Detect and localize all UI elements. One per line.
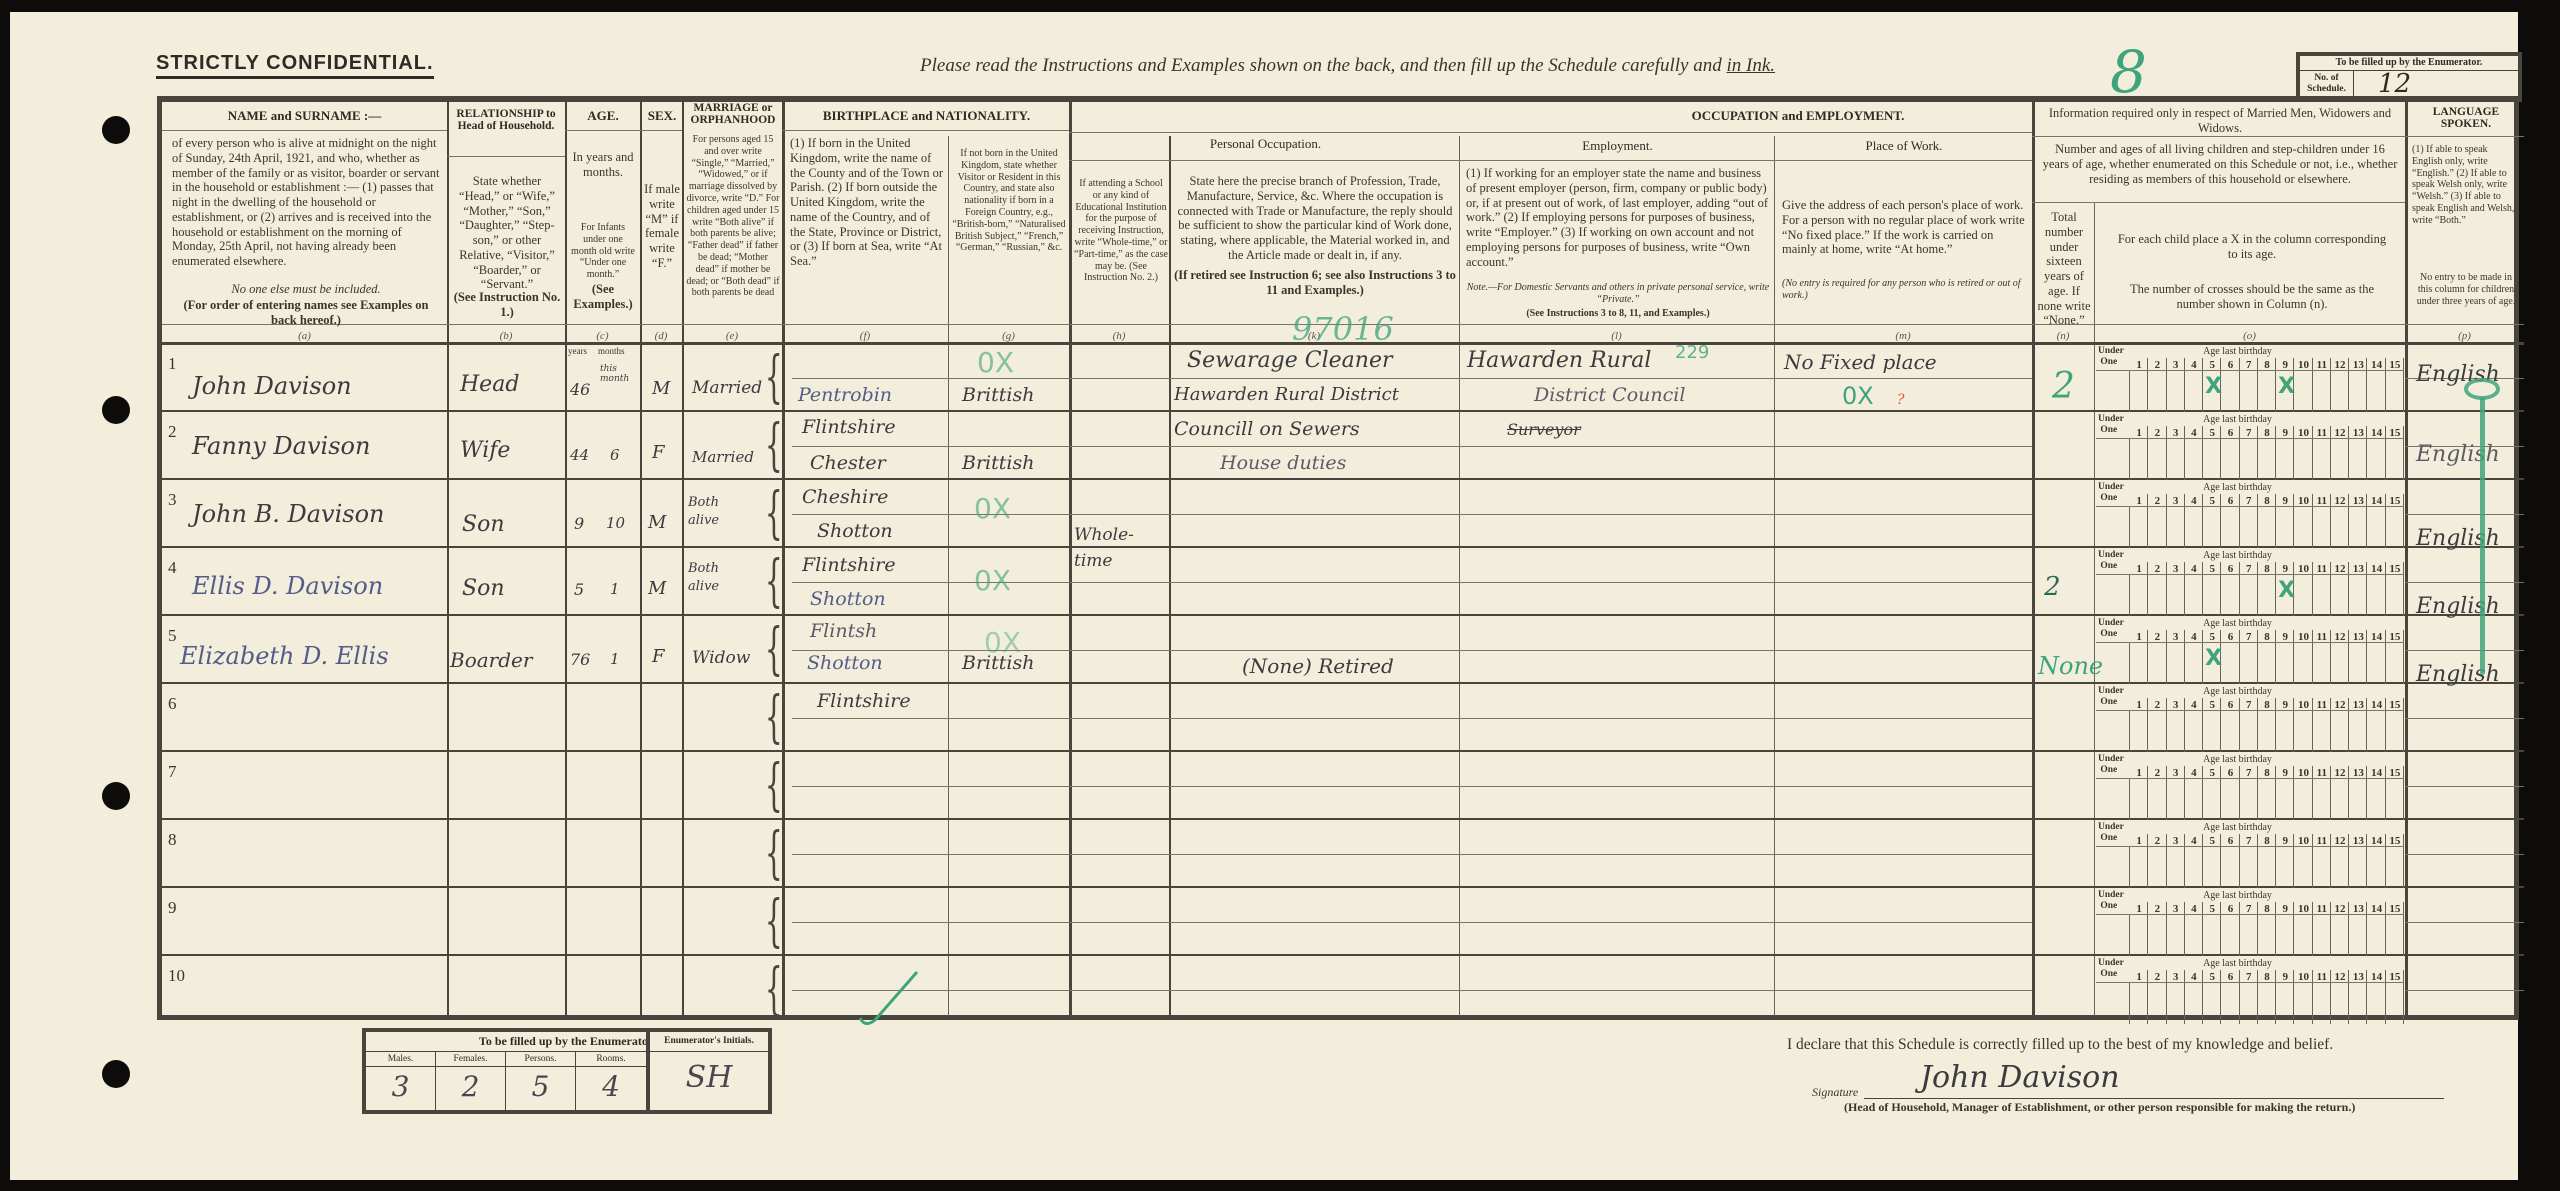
age-cell[interactable]: 1 (2130, 358, 2148, 412)
col-letter: (o) (2094, 330, 2405, 342)
age-cell[interactable]: 2 (2148, 630, 2166, 684)
age-cell[interactable]: 15 (2386, 902, 2404, 956)
age-cell[interactable]: 4 (2185, 902, 2203, 956)
age-cell[interactable]: 11 (2313, 970, 2331, 1024)
birthplace-line1[interactable]: Flintshire (802, 554, 896, 576)
age-cell[interactable]: 12 (2331, 834, 2349, 888)
age-cell[interactable]: 8 (2258, 834, 2276, 888)
col-letter: (h) (1069, 330, 1169, 342)
child-cross-mark: X (2205, 374, 2222, 399)
page-title: STRICTLY CONFIDENTIAL. (156, 52, 434, 79)
age-cell[interactable]: 12 (2331, 698, 2349, 752)
person-name[interactable]: Ellis D. Davison (192, 572, 383, 600)
signature-label: Signature (1812, 1085, 1858, 1100)
age-cell[interactable]: 3 (2167, 494, 2185, 548)
relationship[interactable]: Boarder (450, 648, 532, 672)
age-cell[interactable]: 14 (2367, 698, 2385, 752)
age-months-label: months (598, 346, 625, 357)
age-cell[interactable]: 4 (2185, 970, 2203, 1024)
row-number: 10 (168, 966, 185, 986)
red-mark: ? (1897, 392, 1905, 408)
age-cell[interactable]: 13 (2349, 562, 2367, 616)
age-months[interactable]: 6 (610, 446, 620, 464)
birthplace-line2[interactable]: Chester (810, 452, 886, 474)
age-cell[interactable]: 9X (2276, 562, 2294, 616)
age-cell[interactable]: 2 (2148, 358, 2166, 412)
col-g-body: If not born in the United Kingdom, state… (952, 148, 1066, 254)
household-schedule-table: NAME and SURNAME :— of every person who … (157, 96, 2519, 1020)
age-years[interactable]: 44 (570, 446, 589, 464)
age-cell[interactable]: 6 (2221, 426, 2239, 480)
col-p-title: LANGUAGE SPOKEN. (2408, 106, 2524, 130)
age-cell[interactable]: 11 (2313, 426, 2331, 480)
col-k-footer: (If retired see Instruction 6; see also … (1174, 268, 1456, 298)
employment-struck[interactable]: Surveyor (1507, 420, 1581, 439)
child-age-grid: Under OneAge last birthday12345678910111… (2096, 754, 2404, 820)
age-cell[interactable]: 8 (2258, 494, 2276, 548)
age-cell[interactable]: 7 (2240, 834, 2258, 888)
persons-label: Persons. (506, 1052, 575, 1067)
child-age-grid: Under OneAge last birthday12345678910111… (2096, 890, 2404, 956)
age-cell[interactable]: 13 (2349, 834, 2367, 888)
occupation-line2[interactable]: Hawarden Rural District (1174, 384, 1399, 405)
person-name[interactable]: John Davison (192, 372, 352, 400)
age-cell[interactable]: 3 (2167, 562, 2185, 616)
age-cell[interactable]: 2 (2148, 562, 2166, 616)
education[interactable]: Whole-time (1074, 522, 1154, 574)
age-cell[interactable]: 4 (2185, 630, 2203, 684)
age-cell[interactable]: 9 (2276, 630, 2294, 684)
age-cell[interactable]: 3 (2167, 834, 2185, 888)
age-cell[interactable]: 9 (2276, 902, 2294, 956)
birthplace-line2[interactable]: Shotton (817, 520, 893, 542)
age-cell[interactable]: 12 (2331, 766, 2349, 820)
child-age-grid: Under OneAge last birthday12345678910111… (2096, 686, 2404, 752)
marriage-status[interactable]: Both alive (688, 560, 748, 596)
age-cell[interactable]: 13 (2349, 766, 2367, 820)
employment-code: 229 (1675, 342, 1709, 363)
age-years[interactable]: 46 (570, 380, 590, 399)
instructions-emphasis: in Ink. (1726, 55, 1775, 76)
age-caption: Age last birthday (2203, 550, 2272, 561)
birthplace-line2[interactable]: Pentrobin (798, 384, 892, 406)
under-one-label: Under One (2096, 346, 2130, 368)
signature-value[interactable]: John Davison (1920, 1060, 2120, 1095)
age-caption: Age last birthday (2203, 754, 2272, 765)
under-one-label: Under One (2096, 754, 2130, 776)
age-cell[interactable]: 1 (2130, 970, 2148, 1024)
age-cell[interactable]: 8 (2258, 766, 2276, 820)
age-cell[interactable]: 4 (2185, 358, 2203, 412)
age-cell[interactable]: 14 (2367, 426, 2385, 480)
age-years[interactable]: 9 (574, 514, 584, 533)
age-cell[interactable]: 7 (2240, 766, 2258, 820)
age-months[interactable]: 1 (610, 580, 620, 598)
schedule-number-box: To be filled up by the Enumerator. No. o… (2296, 52, 2522, 102)
col-d-body: If male write “M” if female write “F.” (644, 182, 680, 271)
row-number: 3 (168, 490, 177, 510)
age-years[interactable]: 76 (570, 650, 590, 669)
age-caption: Age last birthday (2203, 482, 2272, 493)
language[interactable]: English (2416, 526, 2500, 551)
age-cell[interactable]: 2 (2148, 494, 2166, 548)
age-cell[interactable]: 14 (2367, 970, 2385, 1024)
age-cell[interactable]: 3 (2167, 766, 2185, 820)
age-cell[interactable]: 12 (2331, 902, 2349, 956)
age-cell[interactable]: 1 (2130, 494, 2148, 548)
nationality[interactable]: Brittish (962, 452, 1034, 474)
age-cell[interactable]: 12 (2331, 358, 2349, 412)
col-k-body: State here the precise branch of Profess… (1174, 174, 1456, 263)
marriage-status[interactable]: Widow (692, 648, 750, 668)
person-name[interactable]: John B. Davison (192, 500, 385, 528)
initials-value[interactable]: SH (650, 1052, 768, 1104)
relationship[interactable]: Wife (460, 438, 510, 463)
col-c-footer: (See Examples.) (570, 282, 636, 312)
age-cell[interactable]: 6 (2221, 630, 2239, 684)
age-cell[interactable]: 6 (2221, 970, 2239, 1024)
age-cell[interactable]: 15 (2386, 358, 2404, 412)
age-cell[interactable]: 8 (2258, 426, 2276, 480)
col-c-body: In years and months. (570, 150, 636, 180)
females-cell: Females. 2 (436, 1052, 506, 1110)
children-total[interactable]: None (2038, 652, 2103, 680)
age-cell[interactable]: 15 (2386, 970, 2404, 1024)
age-cell[interactable]: 4 (2185, 698, 2203, 752)
age-cell[interactable]: 10 (2294, 766, 2312, 820)
age-cell[interactable]: 11 (2313, 902, 2331, 956)
col-b-title: RELATIONSHIP to Head of Household. (449, 108, 563, 132)
rooms-label: Rooms. (576, 1052, 646, 1067)
age-cell[interactable]: 9 (2276, 698, 2294, 752)
age-cell[interactable]: 5X (2203, 358, 2221, 412)
age-cell[interactable]: 12 (2331, 562, 2349, 616)
age-cell[interactable]: 10 (2294, 902, 2312, 956)
birthplace-line1[interactable]: Cheshire (802, 486, 888, 508)
age-cell[interactable]: 4 (2185, 834, 2203, 888)
person-name[interactable]: Elizabeth D. Ellis (180, 642, 389, 670)
age-cell[interactable]: 9 (2276, 766, 2294, 820)
col-e-title: MARRIAGE or ORPHANHOOD (684, 102, 782, 126)
age-cell[interactable]: 3 (2167, 970, 2185, 1024)
page-instructions: Please read the Instructions and Example… (920, 55, 1775, 77)
rooms-cell: Rooms. 4 (576, 1052, 646, 1110)
row-number: 4 (168, 558, 177, 578)
age-cell[interactable]: 7 (2240, 630, 2258, 684)
age-cell[interactable]: 15 (2386, 426, 2404, 480)
age-cell[interactable]: 2 (2148, 902, 2166, 956)
children-total[interactable]: 2 (2052, 366, 2075, 407)
age-caption: Age last birthday (2203, 890, 2272, 901)
age-cell[interactable]: 14 (2367, 562, 2385, 616)
females-value[interactable]: 2 (436, 1067, 505, 1107)
age-cell[interactable]: 15 (2386, 698, 2404, 752)
under-one-label: Under One (2096, 822, 2130, 844)
age-cell[interactable]: 7 (2240, 902, 2258, 956)
age-cell[interactable]: 5 (2203, 902, 2221, 956)
age-cell[interactable]: 1 (2130, 834, 2148, 888)
age-cell[interactable]: 3 (2167, 630, 2185, 684)
age-cell[interactable]: 4 (2185, 766, 2203, 820)
col-letter: (m) (1774, 330, 2032, 342)
age-cell[interactable]: 14 (2367, 358, 2385, 412)
col-h-body: If attending a School or any kind of Edu… (1074, 178, 1168, 284)
age-cell[interactable]: 2 (2148, 834, 2166, 888)
under-one-label: Under One (2096, 958, 2130, 980)
age-cell[interactable]: 12 (2331, 970, 2349, 1024)
age-cell[interactable]: 15 (2386, 766, 2404, 820)
col-n-body: Total number under sixteen years of age.… (2035, 210, 2093, 328)
age-cell[interactable]: 3 (2167, 698, 2185, 752)
col-b-body: State whether “Head,” or “Wife,” “Mother… (452, 174, 562, 292)
age-cell[interactable]: 9 (2276, 494, 2294, 548)
age-cell[interactable]: 7 (2240, 970, 2258, 1024)
age-cell[interactable]: 10 (2294, 494, 2312, 548)
age-cell[interactable]: 13 (2349, 494, 2367, 548)
language[interactable]: English (2416, 442, 2500, 467)
age-cell[interactable]: 8 (2258, 630, 2276, 684)
age-cell[interactable]: 11 (2313, 698, 2331, 752)
age-cell[interactable]: 1 (2130, 698, 2148, 752)
occupation-line2[interactable]: House duties (1220, 452, 1346, 474)
age-cell[interactable]: 9 (2276, 970, 2294, 1024)
birthplace-line1[interactable]: Flintsh (810, 620, 877, 642)
punch-hole (102, 1060, 130, 1088)
age-cell[interactable]: 5 (2203, 834, 2221, 888)
row-number: 6 (168, 694, 177, 714)
col-f-body: (1) If born in the United Kingdom, write… (790, 136, 946, 269)
child-age-grid: Under OneAge last birthday12345678910111… (2096, 958, 2404, 1024)
child-age-grid: Under OneAge last birthday12345X67891011… (2096, 618, 2404, 684)
age-cell[interactable]: 14 (2367, 766, 2385, 820)
age-cell[interactable]: 6 (2221, 494, 2239, 548)
col-a-body: of every person who is alive at midnight… (172, 136, 440, 269)
age-cell[interactable]: 12 (2331, 494, 2349, 548)
age-cell[interactable]: 13 (2349, 902, 2367, 956)
age-cell[interactable]: 10 (2294, 698, 2312, 752)
age-cell[interactable]: 7 (2240, 494, 2258, 548)
occupation-line2[interactable]: (None) Retired (1242, 654, 1394, 678)
age-cell[interactable]: 2 (2148, 970, 2166, 1024)
occupation-line1[interactable]: Councill on Sewers (1174, 418, 1360, 440)
age-cell[interactable]: 15 (2386, 834, 2404, 888)
age-cell[interactable]: 6 (2221, 698, 2239, 752)
language[interactable]: English (2416, 594, 2500, 619)
age-months[interactable]: this month (600, 364, 630, 384)
age-cell[interactable]: 7 (2240, 698, 2258, 752)
age-cell[interactable]: 14 (2367, 630, 2385, 684)
age-caption: Age last birthday (2203, 618, 2272, 629)
age-cell[interactable]: 5 (2203, 970, 2221, 1024)
row-number: 7 (168, 762, 177, 782)
age-cell[interactable]: 8 (2258, 562, 2276, 616)
age-months[interactable]: 10 (606, 514, 625, 532)
age-cell[interactable]: 13 (2349, 426, 2367, 480)
occupation-line1[interactable]: Sewarage Cleaner (1187, 348, 1392, 373)
males-label: Males. (366, 1052, 435, 1067)
age-cell[interactable]: 8 (2258, 358, 2276, 412)
age-caption: Age last birthday (2203, 958, 2272, 969)
age-cell[interactable]: 6 (2221, 562, 2239, 616)
persons-value[interactable]: 5 (506, 1067, 575, 1107)
nationality[interactable]: Brittish (962, 384, 1034, 406)
relationship[interactable]: Son (462, 512, 505, 537)
child-cross-mark: X (2278, 374, 2295, 399)
age-cell[interactable]: 5X (2203, 630, 2221, 684)
age-years-label: years (568, 346, 587, 357)
sex[interactable]: M (648, 512, 666, 533)
age-cell[interactable]: 6 (2221, 902, 2239, 956)
age-cell[interactable]: 2 (2148, 698, 2166, 752)
age-cell[interactable]: 5 (2203, 766, 2221, 820)
children-total[interactable]: 2 (2044, 572, 2061, 602)
males-value[interactable]: 3 (366, 1067, 435, 1107)
age-cell[interactable]: 11 (2313, 834, 2331, 888)
col-letter: (n) (2032, 330, 2094, 342)
age-cell[interactable]: 9 (2276, 834, 2294, 888)
age-cell[interactable]: 1 (2130, 766, 2148, 820)
age-cell[interactable]: 15 (2386, 562, 2404, 616)
married-group-title: Information required only in respect of … (2035, 106, 2405, 136)
age-cell[interactable]: 10 (2294, 970, 2312, 1024)
age-cell[interactable]: 5 (2203, 426, 2221, 480)
birthplace-line2[interactable]: Shotton (807, 652, 883, 674)
green-check-stroke (2480, 397, 2485, 675)
age-cell[interactable]: 14 (2367, 834, 2385, 888)
males-cell: Males. 3 (366, 1052, 436, 1110)
age-cell[interactable]: 13 (2349, 970, 2367, 1024)
age-cell[interactable]: 10 (2294, 834, 2312, 888)
age-cell[interactable]: 1 (2130, 902, 2148, 956)
col-c-title: AGE. (567, 108, 639, 124)
age-cell[interactable]: 1 (2130, 630, 2148, 684)
punch-hole (102, 782, 130, 810)
age-cell[interactable]: 12 (2331, 426, 2349, 480)
punch-hole (102, 396, 130, 424)
col-m-title: Place of Work. (1776, 138, 2032, 154)
marriage-status[interactable]: Married (692, 448, 754, 466)
rooms-value[interactable]: 4 (576, 1067, 646, 1107)
place-of-work[interactable]: No Fixed place (1784, 350, 1937, 374)
age-cell[interactable]: 6 (2221, 766, 2239, 820)
age-cell[interactable]: 3 (2167, 358, 2185, 412)
age-cell[interactable]: 6 (2221, 358, 2239, 412)
age-cell[interactable]: 10 (2294, 562, 2312, 616)
col-b-footer: (See Instruction No. 1.) (452, 290, 562, 320)
sex[interactable]: F (652, 442, 665, 463)
age-cell[interactable]: 8 (2258, 970, 2276, 1024)
age-cell[interactable]: 13 (2349, 630, 2367, 684)
person-name[interactable]: Fanny Davison (192, 432, 370, 460)
language[interactable]: English (2416, 662, 2500, 687)
col-letter: (d) (640, 330, 682, 342)
birthplace-line1[interactable]: Flintshire (802, 416, 896, 438)
age-cell[interactable]: 15 (2386, 630, 2404, 684)
age-cell[interactable]: 8 (2258, 902, 2276, 956)
age-cell[interactable]: 2 (2148, 766, 2166, 820)
age-cell[interactable]: 7 (2240, 562, 2258, 616)
age-cell[interactable]: 2 (2148, 426, 2166, 480)
age-cell[interactable]: 15 (2386, 494, 2404, 548)
col-letter: (p) (2405, 330, 2524, 342)
col-m-body: Give the address of each person's place … (1782, 198, 2028, 257)
age-cell[interactable]: 11 (2313, 494, 2331, 548)
marriage-status[interactable]: Married (692, 378, 762, 398)
age-cell[interactable]: 5 (2203, 494, 2221, 548)
employment-line2[interactable]: District Council (1534, 384, 1685, 406)
col-letter: (c) (565, 330, 640, 342)
schedule-number-value[interactable]: 12 (2378, 69, 2411, 99)
marriage-status[interactable]: Both alive (688, 494, 748, 530)
age-cell[interactable]: 1 (2130, 562, 2148, 616)
child-age-grid: Under OneAge last birthday123456789X1011… (2096, 550, 2404, 616)
age-cell[interactable]: 5 (2203, 698, 2221, 752)
age-caption: Age last birthday (2203, 822, 2272, 833)
birthplace-line2[interactable]: Shotton (810, 588, 886, 610)
under-one-label: Under One (2096, 550, 2130, 572)
col-a-footer: (For order of entering names see Example… (172, 298, 440, 328)
child-age-grid: Under OneAge last birthday12345678910111… (2096, 414, 2404, 480)
age-cell[interactable]: 10 (2294, 426, 2312, 480)
relationship[interactable]: Son (462, 576, 505, 601)
age-years[interactable]: 5 (574, 580, 584, 599)
col-e-body: For persons aged 15 and over write “Sing… (686, 134, 780, 299)
age-cell[interactable]: 11 (2313, 562, 2331, 616)
sex[interactable]: F (652, 646, 665, 667)
age-cell[interactable]: 13 (2349, 358, 2367, 412)
age-cell[interactable]: 8 (2258, 698, 2276, 752)
age-cell[interactable]: 10 (2294, 358, 2312, 412)
initials-label: Enumerator's Initials. (650, 1032, 768, 1052)
col-p-note: No entry to be made in this column for c… (2412, 272, 2520, 307)
age-cell[interactable]: 11 (2313, 358, 2331, 412)
age-cell[interactable]: 3 (2167, 902, 2185, 956)
age-cell[interactable]: 3 (2167, 426, 2185, 480)
age-cell[interactable]: 9X (2276, 358, 2294, 412)
females-label: Females. (436, 1052, 505, 1067)
age-cell[interactable]: 1 (2130, 426, 2148, 480)
age-cell[interactable]: 9 (2276, 426, 2294, 480)
under-one-label: Under One (2096, 618, 2130, 640)
age-cell[interactable]: 6 (2221, 834, 2239, 888)
enumerator-initials-box: Enumerator's Initials. SH (646, 1028, 772, 1114)
relationship[interactable]: Head (460, 372, 519, 397)
age-cell[interactable]: 5 (2203, 562, 2221, 616)
age-cell[interactable]: 12 (2331, 630, 2349, 684)
age-cell[interactable]: 4 (2185, 562, 2203, 616)
age-cell[interactable]: 7 (2240, 426, 2258, 480)
age-cell[interactable]: 13 (2349, 698, 2367, 752)
employment-line1[interactable]: Hawarden Rural (1467, 348, 1651, 373)
sex[interactable]: M (652, 378, 670, 399)
age-months[interactable]: 1 (610, 650, 620, 668)
age-cell[interactable]: 11 (2313, 766, 2331, 820)
under-one-label: Under One (2096, 414, 2130, 436)
age-cell[interactable]: 4 (2185, 426, 2203, 480)
age-cell[interactable]: 7 (2240, 358, 2258, 412)
age-cell[interactable]: 10 (2294, 630, 2312, 684)
sex[interactable]: M (648, 578, 666, 599)
age-cell[interactable]: 11 (2313, 630, 2331, 684)
nationality[interactable]: Brittish (962, 652, 1034, 674)
age-cell[interactable]: 14 (2367, 494, 2385, 548)
under-one-label: Under One (2096, 890, 2130, 912)
instructions-text: Please read the Instructions and Example… (920, 55, 1726, 76)
age-cell[interactable]: 14 (2367, 902, 2385, 956)
place-of-work-mark: 0X (1842, 382, 1874, 410)
age-cell[interactable]: 4 (2185, 494, 2203, 548)
birthplace-line1[interactable]: Flintshire (817, 690, 911, 712)
